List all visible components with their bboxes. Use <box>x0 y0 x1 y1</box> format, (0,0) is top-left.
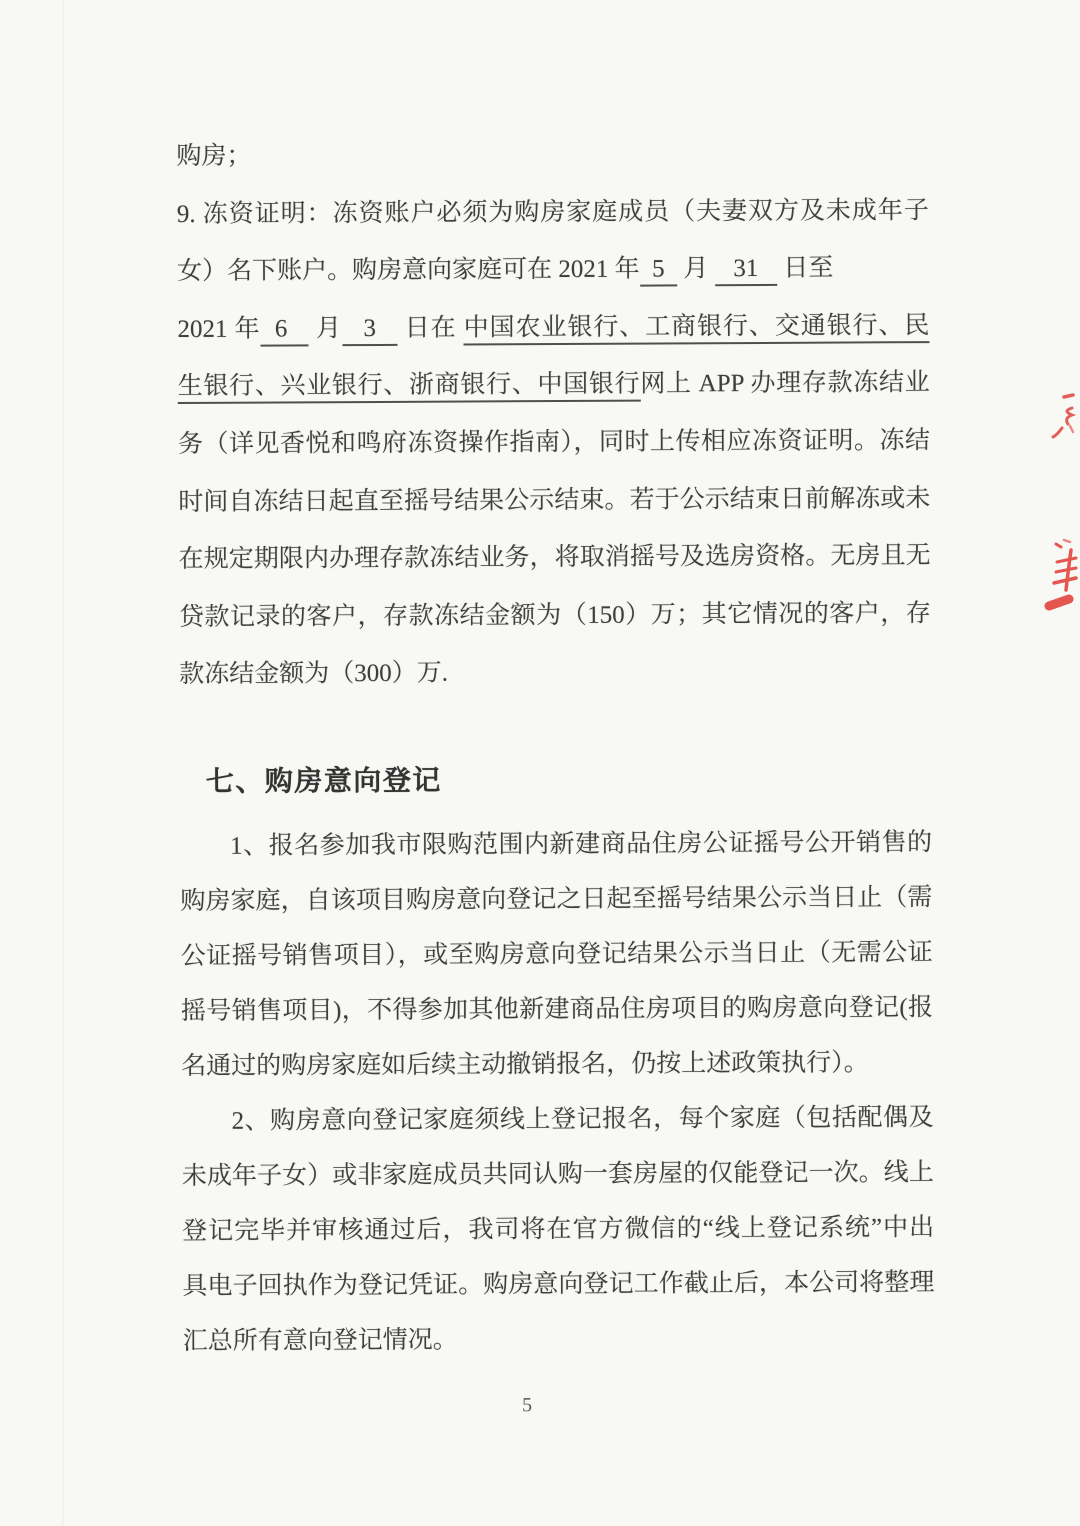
underlined-fill-in: 5 <box>640 256 678 287</box>
text-segment: 款冻结金额为（300）万. <box>179 660 448 688</box>
text-segment: 未成年子女）或非家庭成员共同认购一套房屋的仅能登记一次。线上 <box>182 1159 934 1190</box>
text-line: 在规定期限内办理存款冻结业务，将取消摇号及选房资格。无房且无 <box>178 527 930 589</box>
text-segment: 摇号销售项目)，不得参加其他新建商品住房项目的购房意向登记(报 <box>181 994 933 1025</box>
text-line: 购房家庭，自该项目购房意向登记之日起至摇号结果公示当日止（需 <box>180 870 932 929</box>
scanned-text-layer: 购房；9. 冻资证明：冻资账户必须为购房家庭成员（夫妻双方及未成年子女）名下账户… <box>0 0 1080 1526</box>
text-segment: 1、报名参加我市限购范围内新建商品住房公证摇号公开销售的 <box>230 829 932 860</box>
text-line: 购房； <box>176 124 928 186</box>
text-line: 摇号销售项目)，不得参加其他新建商品住房项目的购房意向登记(报 <box>181 980 933 1039</box>
text-line: 公证摇号销售项目），或至购房意向登记结果公示当日止（无需公证 <box>181 925 933 984</box>
text-segment: 2、购房意向登记家庭须线上登记报名，每个家庭（包括配偶及 <box>231 1104 933 1135</box>
text-segment: 公证摇号销售项目），或至购房意向登记结果公示当日止（无需公证 <box>181 939 933 970</box>
text-line: 名通过的购房家庭如后续主动撤销报名，仍按上述政策执行）。 <box>181 1035 933 1094</box>
text-segment: 月 <box>309 315 342 342</box>
registration-paragraphs: 1、报名参加我市限购范围内新建商品住房公证摇号公开销售的购房家庭，自该项目购房意… <box>180 815 935 1369</box>
text-segment: 日在 <box>397 314 463 341</box>
text-segment: 务（详见香悦和鸣府冻资操作指南），同时上传相应冻资证明。冻结 <box>178 427 930 458</box>
text-line: 汇总所有意向登记情况。 <box>183 1310 935 1369</box>
text-line: 生银行、兴业银行、浙商银行、中国银行网上 APP 办理存款冻结业 <box>178 354 930 416</box>
text-segment: 购房家庭，自该项目购房意向登记之日起至摇号结果公示当日止（需 <box>180 884 932 915</box>
text-line: 款冻结金额为（300）万. <box>179 642 931 704</box>
text-segment: 具电子回执作为登记凭证。购房意向登记工作截止后，本公司将整理 <box>182 1269 934 1300</box>
text-line: 登记完毕并审核通过后，我司将在官方微信的“线上登记系统”中出 <box>182 1200 934 1259</box>
text-segment: 日至 <box>777 255 833 282</box>
text-segment: 汇总所有意向登记情况。 <box>183 1327 458 1355</box>
text-segment: 2021 年 <box>177 315 260 342</box>
text-segment: 在规定期限内办理存款冻结业务，将取消摇号及选房资格。无房且无 <box>179 542 931 573</box>
text-line: 9. 冻资证明：冻资账户必须为购房家庭成员（夫妻双方及未成年子 <box>177 182 929 244</box>
red-seal-fragment-icon <box>1044 538 1080 635</box>
frozen-funds-paragraph: 购房；9. 冻资证明：冻资账户必须为购房家庭成员（夫妻双方及未成年子女）名下账户… <box>176 124 931 704</box>
text-line: 未成年子女）或非家庭成员共同认购一套房屋的仅能登记一次。线上 <box>182 1145 934 1204</box>
text-line: 务（详见香悦和鸣府冻资操作指南），同时上传相应冻资证明。冻结 <box>178 412 930 474</box>
text-line: 1、报名参加我市限购范围内新建商品住房公证摇号公开销售的 <box>180 815 932 874</box>
text-line: 时间自冻结日起直至摇号结果公示结束。若于公示结束日前解冻或未 <box>178 470 930 532</box>
text-line: 2、购房意向登记家庭须线上登记报名，每个家庭（包括配偶及 <box>181 1090 933 1149</box>
underlined-fill-in: 3 <box>342 315 398 346</box>
text-segment: 贷款记录的客户，存款冻结金额为（150）万；其它情况的客户，存 <box>179 600 931 631</box>
document-page: 购房；9. 冻资证明：冻资账户必须为购房家庭成员（夫妻双方及未成年子女）名下账户… <box>0 0 1080 1526</box>
text-segment: 名通过的购房家庭如后续主动撤销报名，仍按上述政策执行）。 <box>181 1049 869 1080</box>
text-segment: 登记完毕并审核通过后，我司将在官方微信的“线上登记系统”中出 <box>182 1214 934 1245</box>
text-segment: 购房； <box>176 143 251 170</box>
text-segment: 9. 冻资证明：冻资账户必须为购房家庭成员（夫妻双方及未成年子 <box>177 197 929 228</box>
underlined-fill-in: 31 <box>715 255 778 286</box>
text-line: 具电子回执作为登记凭证。购房意向登记工作截止后，本公司将整理 <box>182 1255 934 1314</box>
underlined-fill-in: 6 <box>260 315 309 346</box>
underlined-fill-in: 生银行、兴业银行、浙商银行、中国银行 <box>178 371 641 404</box>
underlined-fill-in: 中国农业银行、工商银行、交通银行、民 <box>464 312 930 345</box>
text-line: 女）名下账户。购房意向家庭可在 2021 年 5 月 31 日至 <box>177 239 929 301</box>
section-heading: 七、购房意向登记 <box>180 756 932 800</box>
page-number: 5 <box>7 1391 1047 1419</box>
text-segment: 网上 APP 办理存款冻结业 <box>640 369 930 398</box>
text-segment: 女）名下账户。购房意向家庭可在 2021 年 <box>177 256 640 285</box>
text-segment: 月 <box>677 255 715 282</box>
text-line: 贷款记录的客户，存款冻结金额为（150）万；其它情况的客户，存 <box>179 585 931 647</box>
red-seal-fragment-icon <box>1048 392 1078 461</box>
text-segment: 时间自冻结日起直至摇号结果公示结束。若于公示结束日前解冻或未 <box>178 485 930 516</box>
text-line: 2021 年 6 月 3 日在 中国农业银行、工商银行、交通银行、民 <box>177 297 929 359</box>
